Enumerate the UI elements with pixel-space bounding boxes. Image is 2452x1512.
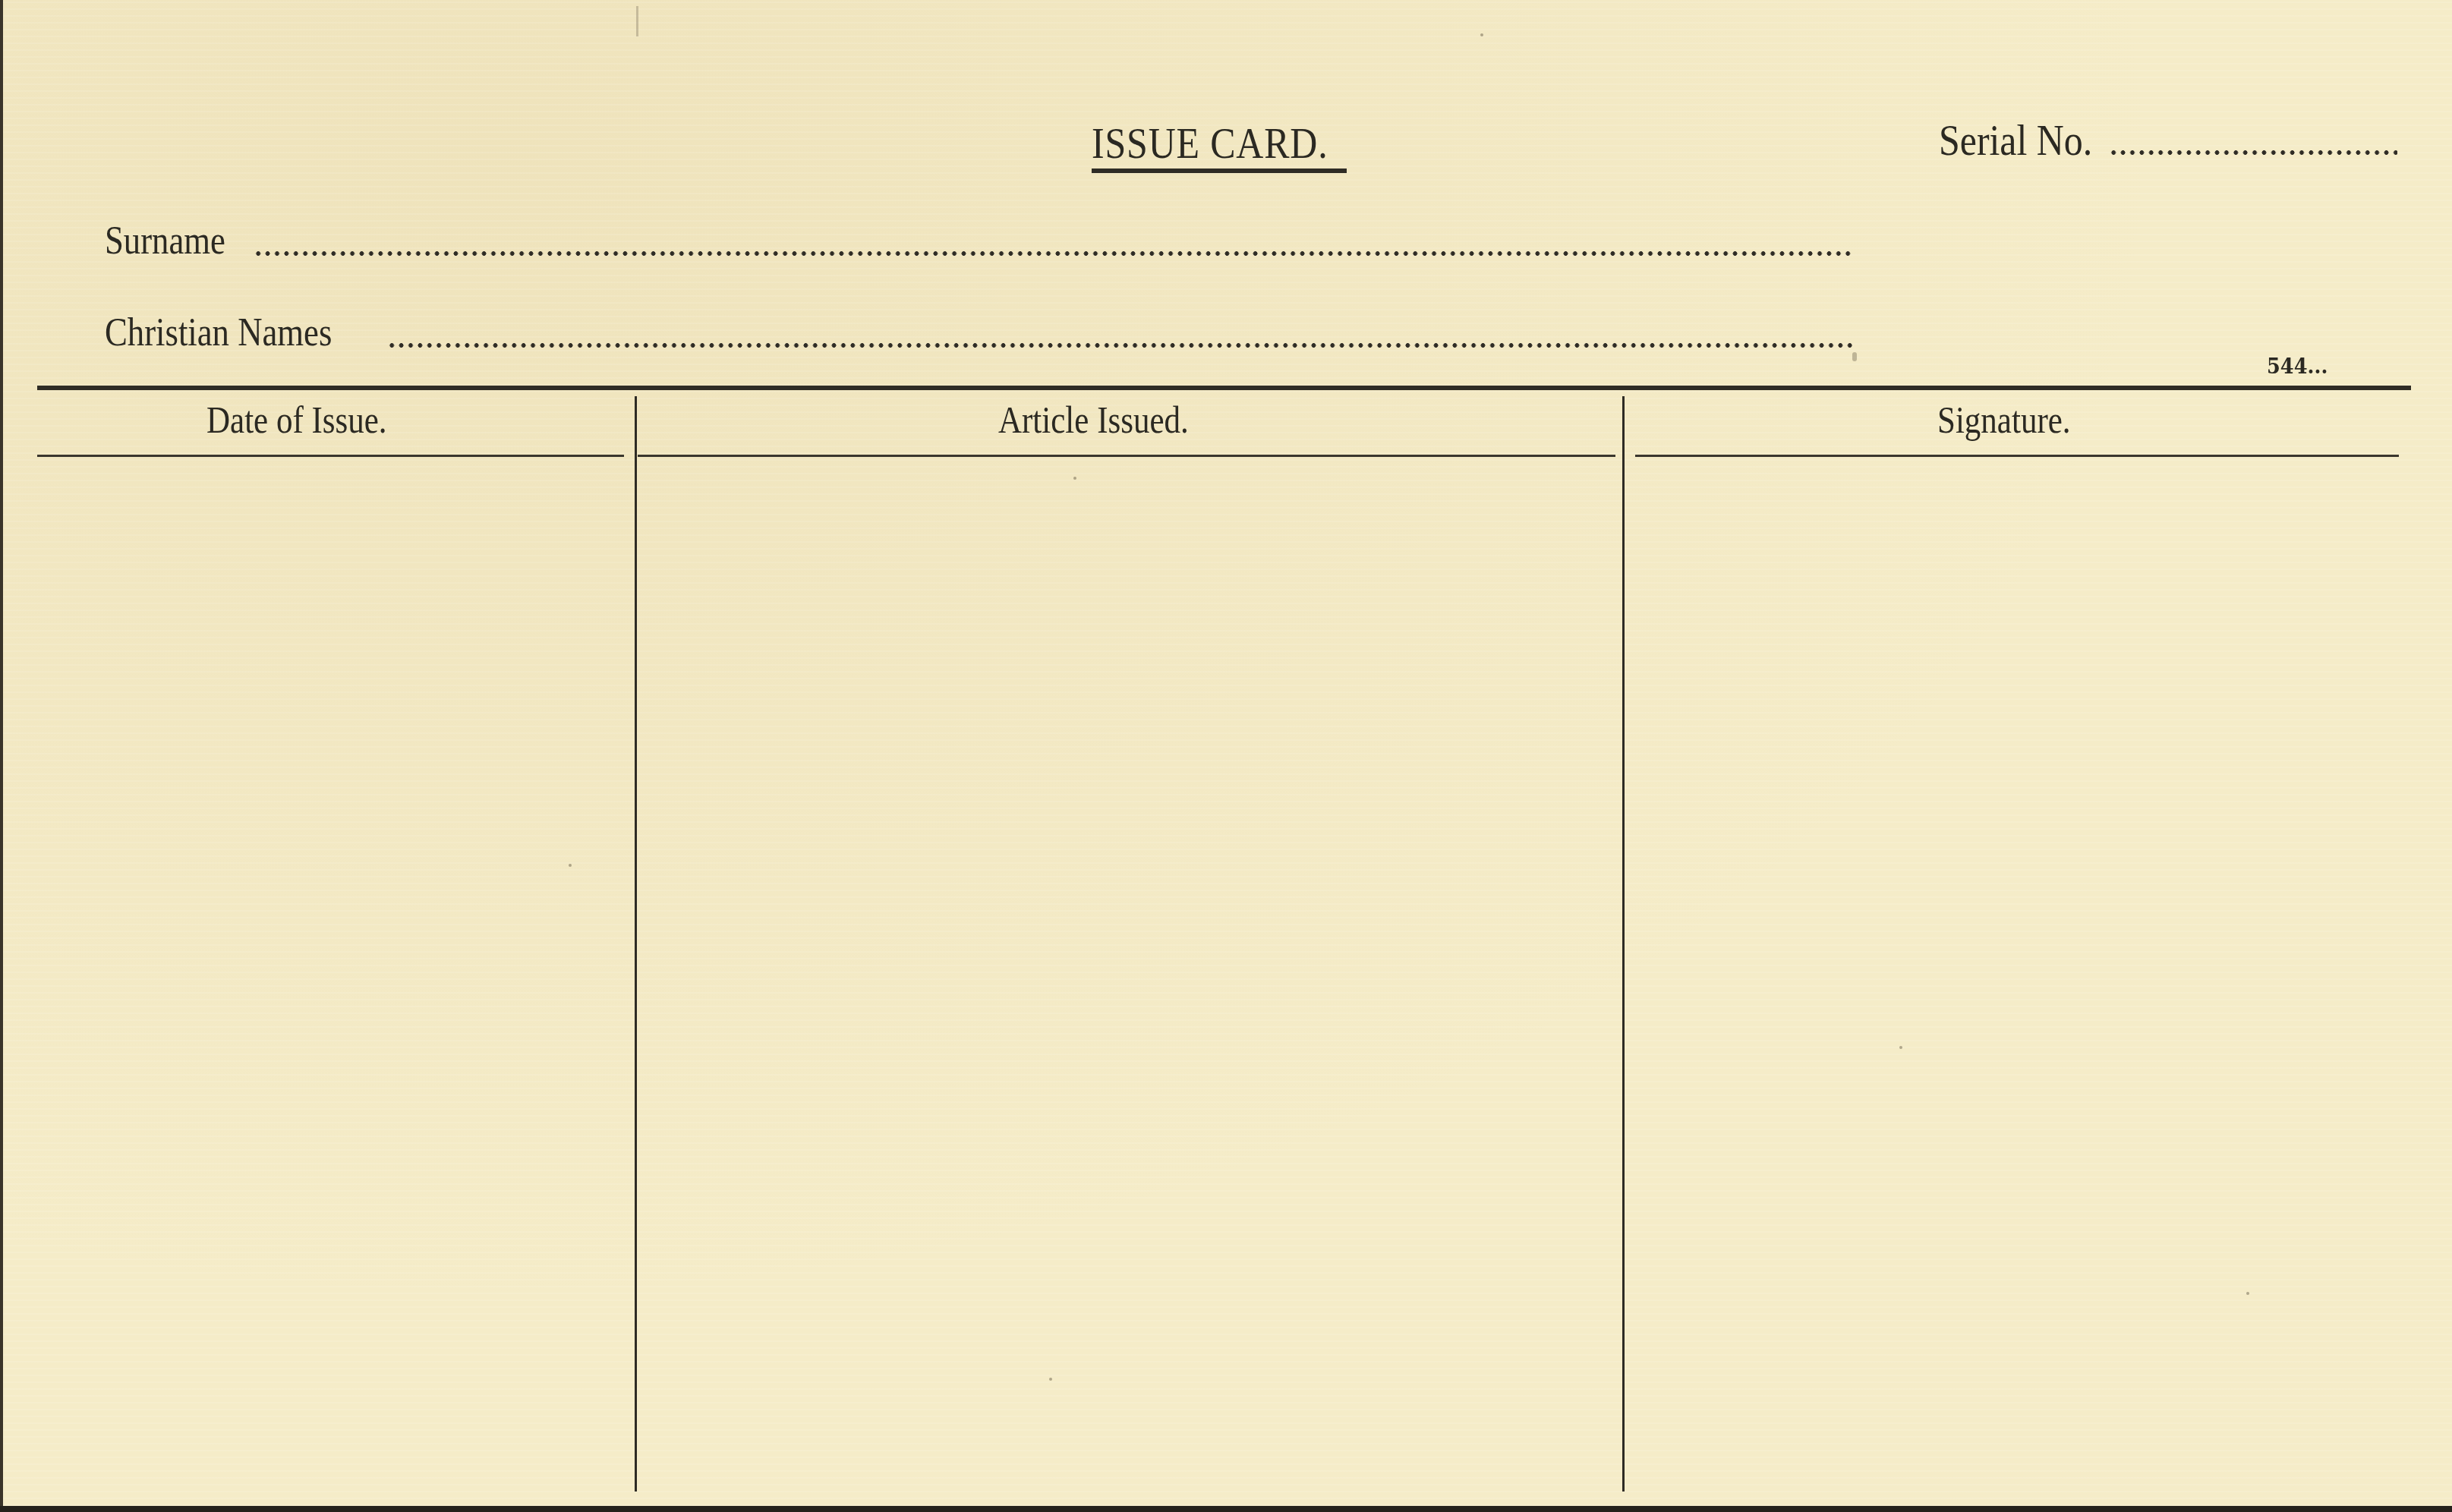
card-title: ISSUE CARD.: [1092, 121, 1328, 165]
article-issued-column-area[interactable]: [639, 460, 1620, 1488]
paper-speck: [1049, 1378, 1052, 1381]
ink-smear: [1852, 352, 1857, 361]
form-number: 544...: [2267, 357, 2328, 377]
column-header-rule-signature: [1635, 455, 2399, 457]
paper-speck: [2246, 1292, 2249, 1295]
surname-label: Surname: [105, 222, 225, 261]
column-divider-2: [1622, 396, 1625, 1492]
column-header-article-issued: Article Issued.: [998, 401, 1189, 439]
card-bottom-edge: [0, 1506, 2452, 1512]
serial-number-label: Serial No.: [1939, 118, 2092, 162]
title-underline: [1092, 169, 1347, 173]
issue-card: ISSUE CARD. Serial No. Surname Christian…: [0, 0, 2452, 1506]
signature-column-area[interactable]: [1627, 460, 2399, 1488]
paper-speck: [1073, 477, 1076, 480]
surname-field[interactable]: [254, 251, 1852, 256]
column-divider-1: [635, 396, 637, 1492]
column-header-date-of-issue: Date of Issue.: [206, 401, 387, 439]
header-divider-rule: [37, 386, 2411, 390]
christian-names-label: Christian Names: [105, 313, 332, 353]
serial-number-field[interactable]: [2109, 150, 2397, 155]
paper-speck: [569, 864, 572, 867]
christian-names-field[interactable]: [387, 343, 1852, 348]
paper-speck: [1899, 1046, 1902, 1049]
column-header-rule-date: [37, 455, 624, 457]
date-of-issue-column-area[interactable]: [37, 460, 633, 1488]
paper-mark: [636, 6, 638, 36]
column-header-rule-article: [638, 455, 1615, 457]
paper-speck: [1480, 33, 1483, 36]
column-header-signature: Signature.: [1937, 401, 2071, 439]
